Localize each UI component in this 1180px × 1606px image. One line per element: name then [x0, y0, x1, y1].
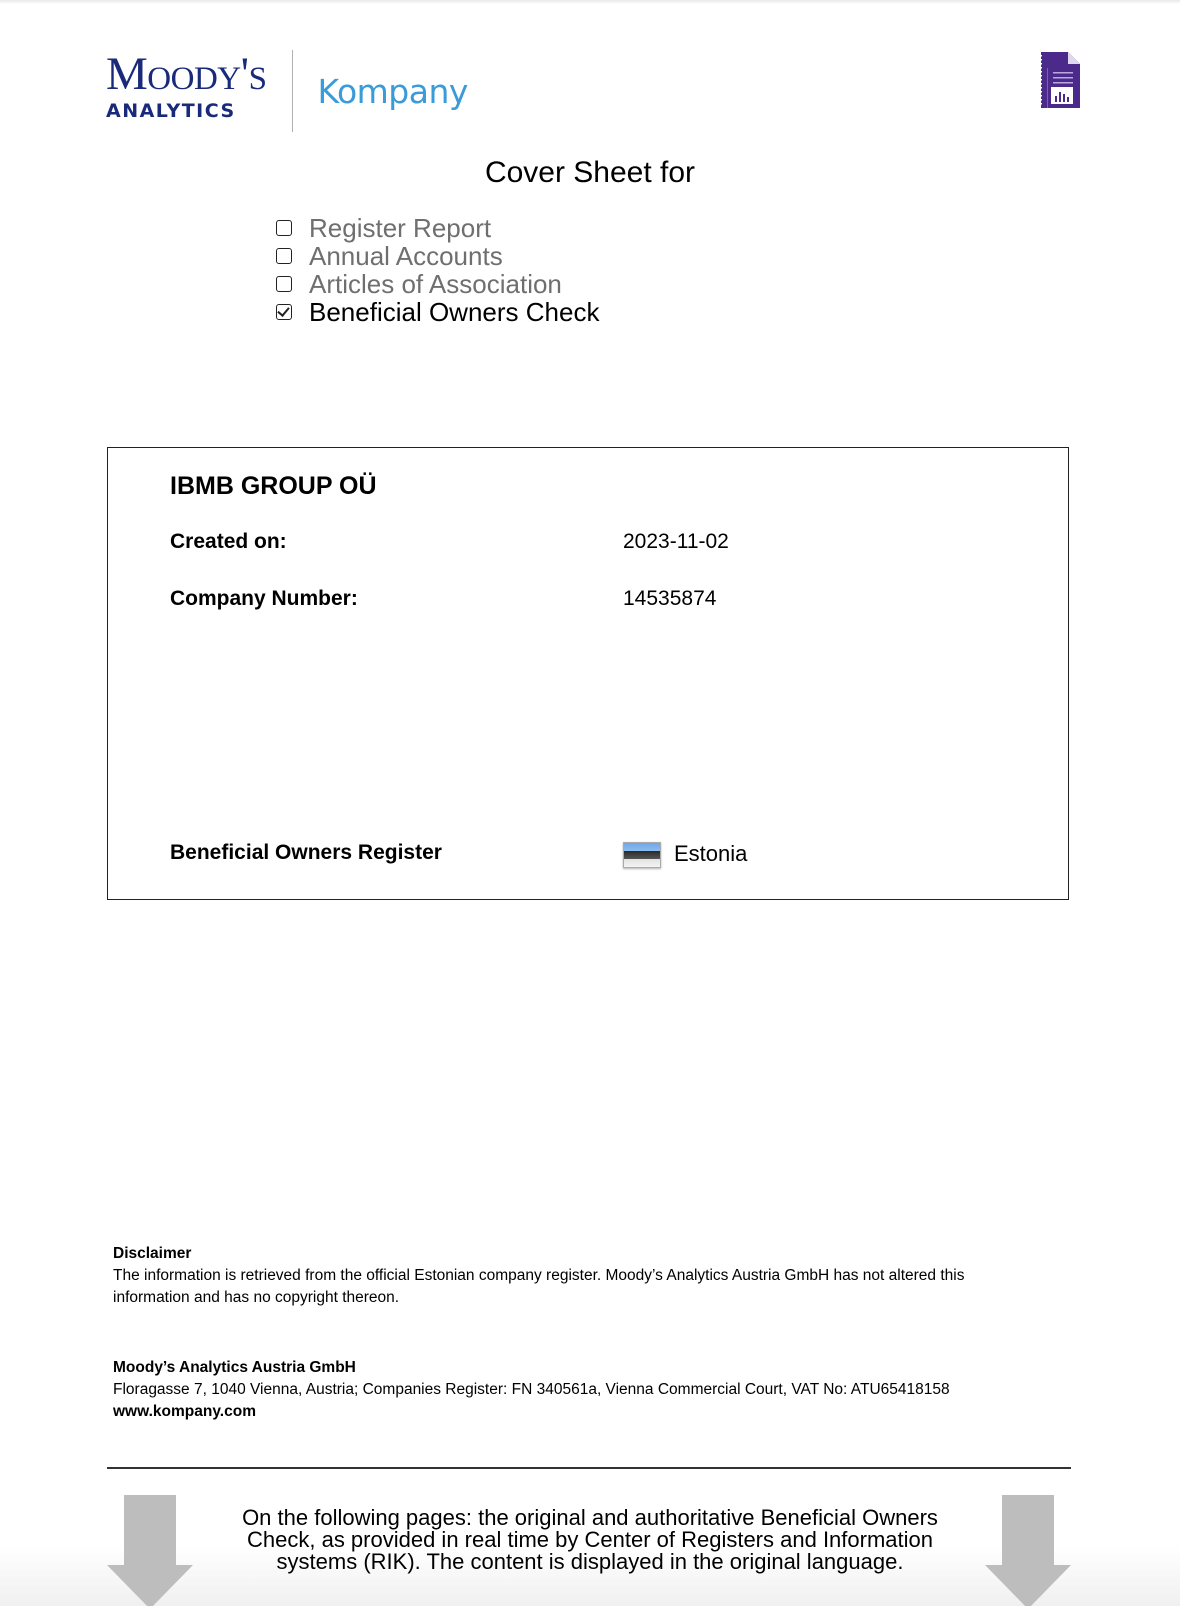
- checkbox-unchecked-icon: [276, 276, 292, 292]
- created-on-label: Created on:: [170, 530, 287, 554]
- cover-sheet-title: Cover Sheet for: [0, 156, 1180, 190]
- publisher-website: www.kompany.com: [113, 1401, 1073, 1423]
- option-annual-accounts: Annual Accounts: [276, 242, 599, 270]
- disclaimer-title: Disclaimer: [113, 1243, 1013, 1265]
- moodys-analytics-logo: Moody's ANALYTICS: [106, 50, 266, 122]
- publisher-address: Floragasse 7, 1040 Vienna, Austria; Comp…: [113, 1379, 1073, 1401]
- page-top-shadow: [0, 0, 1180, 4]
- section-divider: [107, 1467, 1071, 1469]
- disclaimer: Disclaimer The information is retrieved …: [113, 1243, 1013, 1309]
- option-label: Articles of Association: [309, 269, 562, 300]
- down-arrow-icon: [985, 1495, 1071, 1606]
- checkbox-unchecked-icon: [276, 220, 292, 236]
- option-label: Register Report: [309, 213, 491, 244]
- option-register-report: Register Report: [276, 214, 599, 242]
- estonia-flag-icon: [623, 842, 661, 868]
- company-number-value: 14535874: [623, 587, 716, 611]
- checkbox-checked-icon: [276, 304, 292, 320]
- disclaimer-text: The information is retrieved from the of…: [113, 1265, 1013, 1309]
- company-info-box: IBMB GROUP OÜ Created on: 2023-11-02 Com…: [107, 447, 1069, 900]
- document-type-checklist: Register Report Annual Accounts Articles…: [276, 214, 599, 326]
- option-label: Beneficial Owners Check: [309, 297, 599, 328]
- checkbox-unchecked-icon: [276, 248, 292, 264]
- company-number-label: Company Number:: [170, 587, 358, 611]
- logo-divider: [292, 50, 293, 132]
- option-articles-of-association: Articles of Association: [276, 270, 599, 298]
- down-arrow-icon: [107, 1495, 193, 1606]
- company-name: IBMB GROUP OÜ: [170, 472, 377, 501]
- register-label: Beneficial Owners Register: [170, 841, 442, 865]
- moodys-kompany-logo: Moody's ANALYTICS Kompany: [106, 50, 468, 132]
- option-beneficial-owners-check: Beneficial Owners Check: [276, 298, 599, 326]
- brand-name: Moody's: [106, 50, 266, 98]
- publisher-info: Moody’s Analytics Austria GmbH Floragass…: [113, 1357, 1073, 1423]
- publisher-name: Moody’s Analytics Austria GmbH: [113, 1357, 1073, 1379]
- register-country: Estonia: [674, 841, 747, 867]
- brand-sub: ANALYTICS: [106, 100, 266, 122]
- created-on-value: 2023-11-02: [623, 530, 729, 554]
- following-pages-note: On the following pages: the original and…: [220, 1507, 960, 1573]
- product-name: Kompany: [317, 72, 467, 111]
- option-label: Annual Accounts: [309, 241, 503, 272]
- report-document-icon: [1037, 52, 1080, 108]
